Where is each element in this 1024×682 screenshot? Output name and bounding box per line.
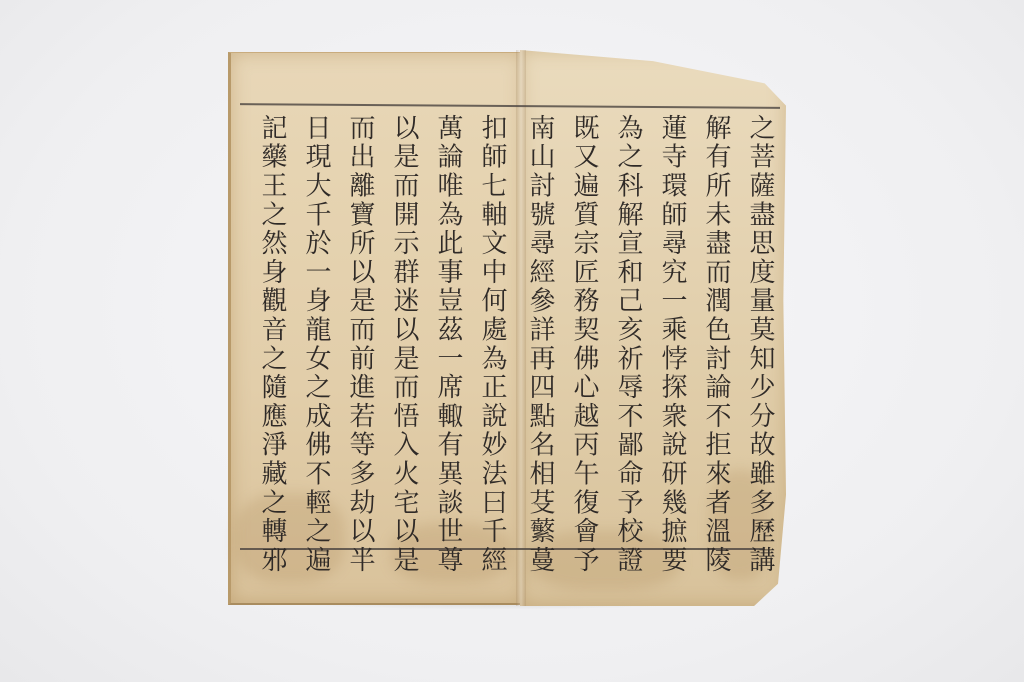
text-column: 蓮寺環師尋究一乘悖探衆說研幾摭要	[650, 114, 694, 544]
left-page-text: 扣師七軸文中何處為正說妙法曰千經 萬論唯為此事豈茲一席輙有異談世尊 以是而開示群…	[242, 114, 514, 544]
text-column: 既又遍質宗匠務契佛心越丙午復會予	[562, 114, 606, 544]
right-page-text: 之菩薩盡思度量莫知少分故雖多歷講 解有所未盡而潤色討論不拒來者溫陵 蓮寺環師尋究…	[526, 114, 782, 544]
text-column: 以是而開示群迷以是而悟入火宅以是	[382, 114, 426, 544]
text-column: 之菩薩盡思度量莫知少分故雖多歷講	[738, 114, 782, 544]
text-column: 萬論唯為此事豈茲一席輙有異談世尊	[426, 114, 470, 544]
text-column: 而出離寶所以是而前進若等多劫以半	[338, 114, 382, 544]
text-column: 記藥王之然身觀音之隨應淨藏之轉邪	[250, 114, 294, 544]
text-column: 日現大千於一身龍女之成佛不輕之遍	[294, 114, 338, 544]
text-column: 南山討號尋經參詳再四點名相芟蘩蔓	[518, 114, 562, 544]
text-column: 為之科解宣和己亥祈辱不鄙命予校證	[606, 114, 650, 544]
open-book: 扣師七軸文中何處為正說妙法曰千經 萬論唯為此事豈茲一席輙有異談世尊 以是而開示群…	[228, 50, 790, 606]
text-column: 解有所未盡而潤色討論不拒來者溫陵	[694, 114, 738, 544]
text-column: 扣師七軸文中何處為正說妙法曰千經	[470, 114, 514, 544]
